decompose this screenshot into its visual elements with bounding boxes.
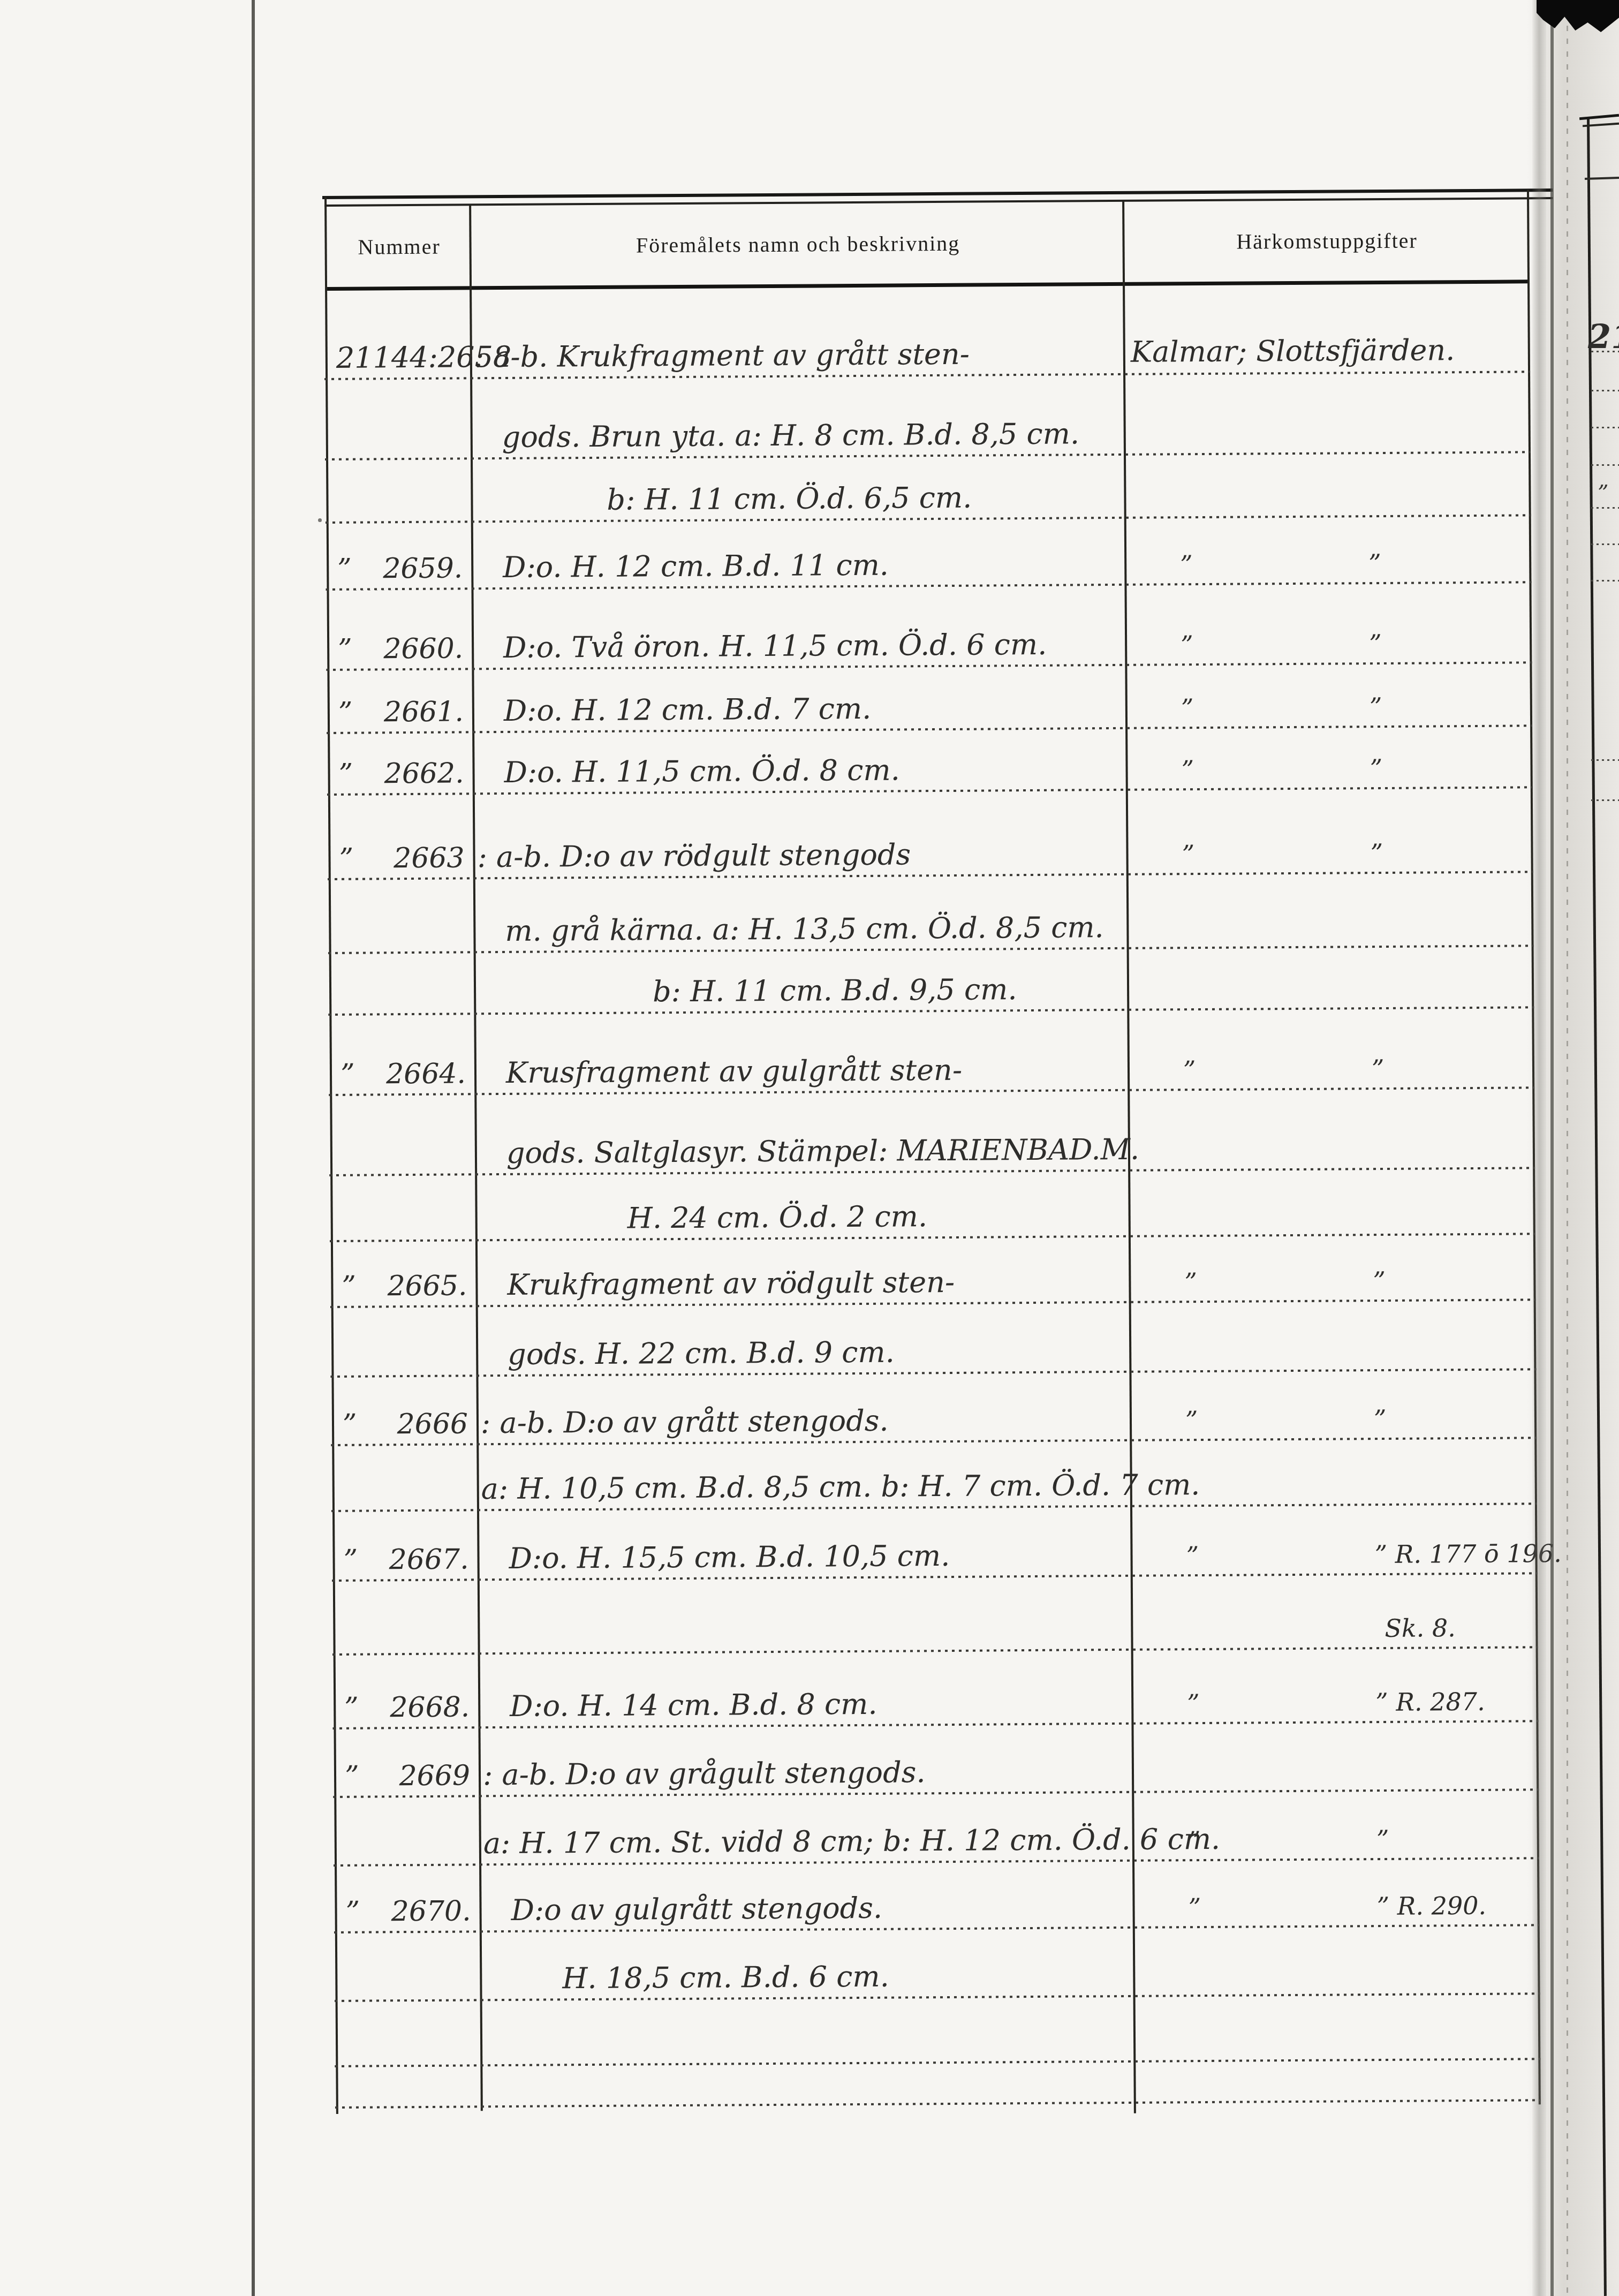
cell-nummer: ”2668. [336, 1691, 480, 1728]
cell-nummer: ”2664. [332, 1058, 476, 1095]
ditto-mark: ” [343, 1544, 358, 1576]
table-top-rule-outer [322, 188, 1553, 199]
origin-ditto-1: ” [1186, 1541, 1199, 1570]
cell-origin: Kalmar; Slottsfjärden. [1125, 283, 1530, 374]
cell-origin [1136, 2059, 1540, 2103]
scanned-ledger-page: Nummer Föremålets namn och beskrivning H… [0, 0, 1619, 2296]
cell-description: : a-b. D:o av rödgult stengods [475, 836, 1128, 878]
cell-nummer: ”2665. [333, 1270, 478, 1307]
cell-description: Krukfragment av rödgult sten- [478, 1264, 1131, 1306]
table-row: ”2659. D:o. H. 12 cm. B.d. 11 cm. ”” [329, 515, 1532, 590]
cell-origin: ”” [1131, 1369, 1537, 1440]
next-page-row-rule [1591, 580, 1619, 581]
ditto-mark: ” [337, 553, 352, 585]
cell-description: m. grå kärna. a: H. 13,5 cm. Ö.d. 8,5 cm… [475, 910, 1129, 952]
origin-ditto-1: ” [1187, 1689, 1200, 1718]
cell-origin [1125, 372, 1531, 455]
entry-number: 2665. [387, 1270, 467, 1302]
next-page-row-rule [1591, 427, 1619, 428]
table-row: Sk. 8. [335, 1573, 1538, 1655]
cell-origin [1135, 1925, 1540, 1996]
cell-origin [1130, 1087, 1535, 1170]
cell-description: : a-b. D:o av grått stengods. [479, 1402, 1132, 1444]
cell-origin [1136, 1993, 1541, 2061]
cell-origin [1131, 1300, 1537, 1372]
cell-origin: ”” [1126, 515, 1532, 585]
cell-description: gods. Saltglasyr. Stämpel: MARIENBAD.M. [477, 1132, 1130, 1174]
cell-origin [1129, 872, 1534, 948]
page-fold-line [252, 0, 255, 2296]
next-page-row-rule [1591, 799, 1619, 801]
ditto-mark: ” [338, 697, 353, 729]
entry-number: 2667. [389, 1543, 469, 1576]
table-row: ”2661. D:o. H. 12 cm. B.d. 7 cm. ”” [329, 662, 1532, 733]
entry-number: 2670. [391, 1895, 471, 1928]
cell-origin: ”” [1128, 787, 1533, 874]
origin-reference: Sk. 8. [1385, 1613, 1456, 1643]
cell-description: D:o. H. 12 cm. B.d. 11 cm. [473, 547, 1126, 588]
table-row: gods. H. 22 cm. B.d. 9 cm. [334, 1300, 1537, 1377]
header-row: Nummer Föremålets namn och beskrivning H… [327, 199, 1530, 287]
entry-number: 2668. [390, 1691, 470, 1724]
cell-description: gods. H. 22 cm. B.d. 9 cm. [478, 1334, 1131, 1376]
origin-ditto-2: ” [1368, 549, 1381, 578]
cell-description: D:o av gulgrått stengods. [481, 1890, 1134, 1931]
origin-ditto-2: ” [1370, 839, 1383, 867]
cell-origin [1132, 1438, 1537, 1506]
cell-origin: ”” [1127, 662, 1532, 728]
cell-description: : a-b. Krukfragment av grått sten- [472, 336, 1125, 378]
entry-number: 2663 [394, 842, 465, 874]
cell-description [483, 2098, 1136, 2106]
table-row: ”2662. D:o. H. 11,5 cm. Ö.d. 8 cm. ”” [330, 726, 1533, 795]
cell-description: b: H. 11 cm. Ö.d. 6,5 cm. [473, 480, 1126, 522]
ditto-mark: ” [344, 1692, 359, 1724]
entry-number: 2669 [399, 1759, 471, 1792]
table-row: ”2668. D:o. H. 14 cm. B.d. 8 cm. ”” R. 2… [336, 1647, 1539, 1728]
origin-ditto-2: ” [1374, 1404, 1387, 1433]
ditto-mark: ” [339, 843, 353, 875]
origin-ditto-1: ” [1181, 755, 1194, 784]
cell-description: a: H. 10,5 cm. B.d. 8,5 cm. b: H. 7 cm. … [479, 1468, 1132, 1510]
cell-origin: ”” [1126, 582, 1532, 665]
cell-origin: ”” [1131, 1234, 1536, 1302]
ditto-mark: ” [345, 1896, 360, 1928]
table-row: ”2660. D:o. Två öron. H. 11,5 cm. Ö.d. 6… [329, 582, 1532, 670]
cell-description: Krusfragment av gulgrått sten- [476, 1052, 1130, 1094]
ink-speck [318, 518, 322, 522]
table-row: b: H. 11 cm. B.d. 9,5 cm. [331, 946, 1534, 1015]
ditto-mark: ” [343, 1409, 357, 1441]
table-row: ”2663 : a-b. D:o av rödgult stengods ”” [330, 787, 1533, 879]
origin-text: Kalmar; Slottsfjärden. [1131, 333, 1455, 369]
origin-ditto-1: ” [1184, 1267, 1197, 1296]
origin-ditto-2: ” [1376, 1825, 1389, 1854]
cell-description: D:o. H. 12 cm. B.d. 7 cm. [474, 690, 1128, 732]
cell-description: : a-b. D:o av grågult stengods. [481, 1754, 1134, 1796]
entry-number: 2660. [383, 632, 463, 665]
gutter-shade [1532, 0, 1546, 2296]
next-page-row-rule [1591, 507, 1619, 509]
table-row: ”2664. Krusfragment av gulgrått sten- ”” [331, 1007, 1534, 1095]
cell-nummer: ”2667. [335, 1543, 479, 1581]
catalog-table: Nummer Föremålets namn och beskrivning H… [327, 188, 1529, 196]
cell-nummer: ”2659. [329, 552, 473, 590]
cell-nummer: ”2669 [336, 1759, 481, 1797]
ditto-mark: ” [345, 1761, 359, 1793]
table-row: gods. Brun yta. a: H. 8 cm. B.d. 8,5 cm. [328, 372, 1531, 459]
cell-description: D:o. H. 15,5 cm. B.d. 10,5 cm. [479, 1538, 1132, 1580]
origin-ditto-2: ” [1373, 1266, 1386, 1295]
header-beskrivning: Föremålets namn och beskrivning [471, 229, 1124, 258]
cell-nummer: ”2663 [330, 842, 475, 879]
table-row: a: H. 17 cm. St. vidd 8 cm; b: H. 12 cm.… [336, 1789, 1539, 1865]
origin-ditto-1: ” [1188, 1826, 1201, 1855]
ditto-mark: ” [338, 633, 352, 666]
next-page-ditto-mark: ” [1598, 481, 1608, 505]
origin-ditto-1: ” [1183, 1055, 1196, 1084]
cell-description: D:o. H. 14 cm. B.d. 8 cm. [480, 1686, 1133, 1727]
cell-description: H. 18,5 cm. B.d. 6 cm. [482, 1958, 1135, 2000]
cell-nummer: ”2670. [337, 1895, 481, 1932]
cell-nummer: ”2661. [330, 696, 474, 733]
next-page-row-rule [1591, 390, 1619, 391]
origin-ditto-1: ” [1180, 550, 1193, 579]
cell-origin: ”” [1129, 1007, 1534, 1090]
table-row: ”2666 : a-b. D:o av grått stengods. ”” [334, 1369, 1537, 1445]
cell-nummer: ”2666 [334, 1408, 479, 1445]
entry-number: 2659. [383, 552, 463, 585]
cell-origin [1133, 1721, 1539, 1792]
cell-nummer: ”2660. [329, 632, 474, 670]
table-row: ”2665. Krukfragment av rödgult sten- ”” [333, 1234, 1536, 1307]
cell-description: D:o. Två öron. H. 11,5 cm. Ö.d. 6 cm. [474, 627, 1127, 669]
cell-origin: ”” R. 177 ō 196. [1132, 1504, 1538, 1576]
cell-nummer: 21144:2658 [328, 340, 472, 379]
entry-number: 2661. [384, 696, 464, 728]
origin-ditto-1: ” [1188, 1893, 1201, 1922]
cell-description: H. 24 cm. Ö.d. 2 cm. [477, 1198, 1130, 1240]
next-page-row-rule [1591, 351, 1619, 352]
ditto-mark: ” [338, 758, 353, 790]
cell-description: b: H. 11 cm. B.d. 9,5 cm. [476, 972, 1129, 1014]
cell-origin: ”” R. 287. [1133, 1647, 1539, 1724]
table-row: H. 24 cm. Ö.d. 2 cm. [332, 1168, 1535, 1241]
binding-line [1550, 0, 1554, 2296]
ditto-mark: ” [341, 1059, 355, 1091]
entry-number: 2664. [386, 1058, 466, 1090]
table-row: b: H. 11 cm. Ö.d. 6,5 cm. [328, 452, 1531, 523]
cell-description: gods. Brun yta. a: H. 8 cm. B.d. 8,5 cm. [473, 417, 1126, 458]
origin-ditto-2: ” [1370, 692, 1382, 721]
table-row: ”2667. D:o. H. 15,5 cm. B.d. 10,5 cm. ””… [335, 1504, 1538, 1581]
ditto-mark: ” [342, 1271, 356, 1303]
next-page-row-rule [1591, 759, 1619, 761]
origin-ditto-1: ” [1181, 693, 1194, 722]
origin-ditto-2: ” [1370, 754, 1382, 783]
cell-nummer: ”2662. [330, 757, 474, 795]
table-row: gods. Saltglasyr. Stämpel: MARIENBAD.M. [332, 1087, 1535, 1175]
table-row: H. 18,5 cm. B.d. 6 cm. [337, 1925, 1540, 2001]
origin-ditto-2: ” [1369, 629, 1382, 658]
table-row: 21144:2658 : a-b. Krukfragment av grått … [327, 283, 1530, 379]
cell-origin [1130, 1168, 1535, 1236]
next-page-row-rule [1591, 543, 1619, 545]
cell-description: D:o. H. 11,5 cm. Ö.d. 8 cm. [474, 752, 1128, 794]
next-page-row-rule [1591, 464, 1619, 466]
cell-origin: ”” [1134, 1789, 1539, 1861]
table-body: 21144:2658 : a-b. Krukfragment av grått … [327, 283, 1541, 2108]
cell-origin: Sk. 8. [1133, 1573, 1538, 1650]
origin-ditto-1: ” [1181, 630, 1193, 659]
origin-ditto-1: ” [1182, 840, 1194, 868]
table-row [338, 1993, 1541, 2066]
header-nummer: Nummer [327, 233, 471, 260]
table-row [338, 2059, 1540, 2108]
table-row: ”2670. D:o av gulgrått stengods. ”” R. 2… [337, 1858, 1540, 1932]
binding-dotted-line [1567, 0, 1568, 2296]
cell-description: a: H. 17 cm. St. vidd 8 cm; b: H. 12 cm.… [481, 1823, 1134, 1864]
table-row: m. grå kärna. a: H. 13,5 cm. Ö.d. 8,5 cm… [331, 872, 1534, 953]
origin-ditto-1: ” [1185, 1406, 1198, 1434]
table-row: a: H. 10,5 cm. B.d. 8,5 cm. b: H. 7 cm. … [334, 1438, 1537, 1511]
cell-origin [1129, 946, 1534, 1010]
cell-nummer [338, 2102, 483, 2108]
cell-origin [1126, 452, 1531, 518]
entry-number: 2666 [397, 1408, 468, 1440]
origin-reference: ” R. 290. [1376, 1891, 1486, 1921]
origin-reference: ” R. 287. [1375, 1687, 1485, 1717]
origin-ditto-2: ” [1372, 1054, 1385, 1083]
cell-origin: ”” [1128, 726, 1533, 790]
cell-origin: ”” R. 290. [1134, 1858, 1540, 1928]
entry-number: 2662. [384, 757, 464, 790]
header-harkomst: Härkomstuppgifter [1124, 227, 1529, 255]
table-row: ”2669 : a-b. D:o av grågult stengods. [336, 1721, 1539, 1797]
